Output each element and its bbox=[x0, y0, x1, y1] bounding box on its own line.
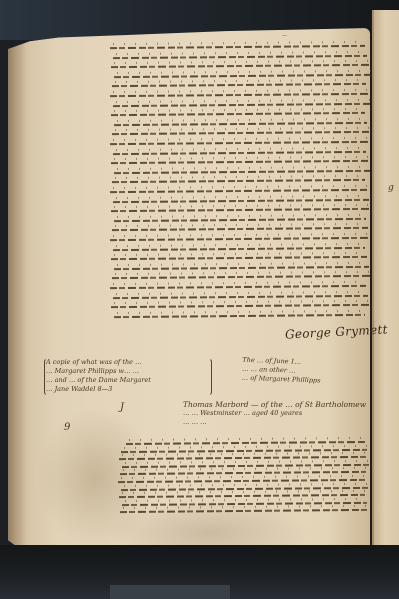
handwriting-line bbox=[114, 121, 367, 127]
deposition-line: … … Westminster … aged 40 yeares bbox=[183, 409, 373, 418]
handwriting-line bbox=[114, 265, 369, 271]
handwriting-line bbox=[111, 159, 368, 165]
handwriting-line bbox=[113, 246, 365, 252]
handwriting-line bbox=[110, 44, 365, 50]
handwriting-line bbox=[110, 92, 368, 98]
handwriting-line bbox=[112, 178, 365, 184]
deposition-line: … … … bbox=[183, 418, 373, 427]
margin-mark: J bbox=[120, 402, 124, 413]
handwriting-line bbox=[111, 63, 369, 69]
handwriting-line bbox=[120, 508, 369, 514]
handwriting-line bbox=[111, 111, 365, 117]
facing-page bbox=[372, 10, 399, 550]
left-note-line: … Margaret Phillipps w… … bbox=[46, 367, 211, 376]
handwriting-line bbox=[112, 130, 369, 136]
handwriting-line bbox=[111, 207, 371, 213]
left-note-line: … Jane Waddel 8—3 bbox=[46, 385, 211, 394]
handwriting-line bbox=[111, 303, 370, 309]
right-page-mark: g bbox=[388, 183, 394, 193]
left-note-line: A copie of what was of the … bbox=[46, 358, 211, 367]
deposition-line: Thomas Marbord — of the … of St Bartholo… bbox=[183, 400, 373, 409]
handwriting-line bbox=[112, 274, 371, 280]
handwriting-line bbox=[112, 226, 368, 232]
margin-mark: 9 bbox=[64, 422, 70, 433]
handwriting-line bbox=[110, 188, 367, 194]
handwriting-line bbox=[111, 255, 367, 261]
handwriting-line bbox=[114, 217, 366, 223]
handwriting-line bbox=[112, 82, 366, 88]
background-bottom bbox=[0, 545, 399, 599]
deposition-heading: Thomas Marbord — of the … of St Bartholo… bbox=[183, 400, 373, 427]
handwriting-line bbox=[113, 294, 368, 300]
page-number: — bbox=[282, 33, 287, 39]
right-note: The … of June 1… … … an other … … of Mar… bbox=[242, 356, 373, 388]
page-edge-shadow bbox=[8, 28, 26, 556]
handwriting-line bbox=[114, 169, 370, 175]
handwriting-line bbox=[114, 313, 365, 319]
handwriting-line bbox=[113, 150, 366, 156]
handwriting-line bbox=[113, 198, 369, 204]
handwriting-line bbox=[113, 102, 370, 108]
left-note: A copie of what was of the … … Margaret … bbox=[46, 358, 211, 394]
handwriting-line bbox=[110, 284, 366, 290]
handwriting-line bbox=[114, 73, 371, 79]
handwriting-line bbox=[113, 54, 367, 60]
left-note-line: … and … of the Dame Margaret bbox=[46, 376, 211, 385]
handwriting-line bbox=[110, 140, 371, 146]
handwriting-line bbox=[110, 236, 370, 242]
